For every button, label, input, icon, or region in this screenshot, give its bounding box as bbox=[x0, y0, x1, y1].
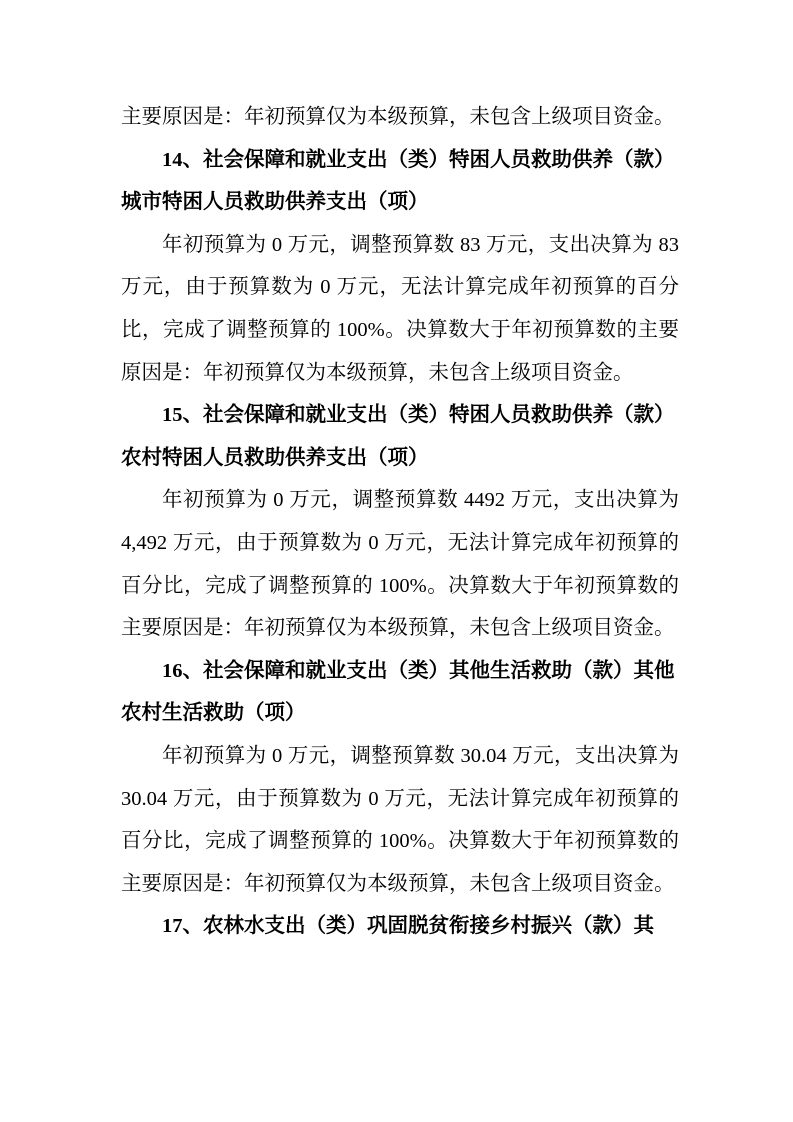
paragraph-section-16: 年初预算为 0 万元，调整预算数 30.04 万元，支出决算为 30.04 万元… bbox=[121, 735, 679, 905]
section-heading-16: 16、社会保障和就业支出（类）其他生活救助（款）其他农村生活救助（项） bbox=[121, 650, 679, 735]
paragraph-section-15: 年初预算为 0 万元，调整预算数 4492 万元，支出决算为 4,492 万元，… bbox=[121, 479, 679, 649]
paragraph-13-continuation: 主要原因是：年初预算仅为本级预算，未包含上级项目资金。 bbox=[121, 96, 679, 139]
section-heading-15: 15、社会保障和就业支出（类）特困人员救助供养（款）农村特困人员救助供养支出（项… bbox=[121, 394, 679, 479]
paragraph-section-14: 年初预算为 0 万元，调整预算数 83 万元，支出决算为 83 万元，由于预算数… bbox=[121, 224, 679, 394]
document-page: 主要原因是：年初预算仅为本级预算，未包含上级项目资金。 14、社会保障和就业支出… bbox=[0, 0, 793, 1122]
section-heading-17: 17、农林水支出（类）巩固脱贫衔接乡村振兴（款）其 bbox=[121, 905, 679, 948]
section-heading-14: 14、社会保障和就业支出（类）特困人员救助供养（款）城市特困人员救助供养支出（项… bbox=[121, 139, 679, 224]
page-content: 主要原因是：年初预算仅为本级预算，未包含上级项目资金。 14、社会保障和就业支出… bbox=[121, 96, 679, 948]
